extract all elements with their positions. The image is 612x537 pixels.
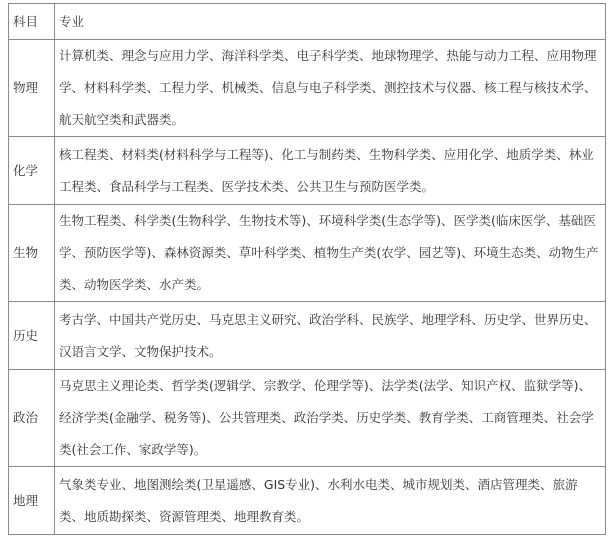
majors-cell: 马克思主义理论类、哲学类(逻辑学、宗教学、伦理学等)、法学类(法学、知识产权、监… bbox=[55, 370, 606, 467]
subject-cell: 政治 bbox=[9, 370, 55, 467]
majors-cell: 考古学、中国共产党历史、马克思主义研究、政治学科、民族学、地理学科、历史学、世界… bbox=[55, 302, 606, 370]
majors-cell: 计算机类、理念与应用力学、海洋科学类、电子科学类、地球物理学、热能与动力工程、应… bbox=[55, 40, 606, 137]
majors-cell: 气象类专业、地图测绘类(卫星遥感、GIS专业)、水利水电类、城市规划类、酒店管理… bbox=[55, 467, 606, 535]
subject-major-table: 科目 专业 物理 计算机类、理念与应用力学、海洋科学类、电子科学类、地球物理学、… bbox=[8, 3, 606, 535]
table-header-row: 科目 专业 bbox=[9, 4, 606, 40]
table-row: 历史 考古学、中国共产党历史、马克思主义研究、政治学科、民族学、地理学科、历史学… bbox=[9, 302, 606, 370]
majors-cell: 核工程类、材料类(材料科学与工程等)、化工与制药类、生物科学类、应用化学、地质学… bbox=[55, 137, 606, 205]
table-row: 生物 生物工程类、科学类(生物科学、生物技术等)、环境科学类(生态学等)、医学类… bbox=[9, 205, 606, 302]
subject-cell: 历史 bbox=[9, 302, 55, 370]
subject-cell: 地理 bbox=[9, 467, 55, 535]
header-subject: 科目 bbox=[9, 4, 55, 40]
subject-cell: 生物 bbox=[9, 205, 55, 302]
subject-cell: 物理 bbox=[9, 40, 55, 137]
subject-cell: 化学 bbox=[9, 137, 55, 205]
table-row: 政治 马克思主义理论类、哲学类(逻辑学、宗教学、伦理学等)、法学类(法学、知识产… bbox=[9, 370, 606, 467]
header-major: 专业 bbox=[55, 4, 606, 40]
majors-cell: 生物工程类、科学类(生物科学、生物技术等)、环境科学类(生态学等)、医学类(临床… bbox=[55, 205, 606, 302]
table-row: 物理 计算机类、理念与应用力学、海洋科学类、电子科学类、地球物理学、热能与动力工… bbox=[9, 40, 606, 137]
table-row: 化学 核工程类、材料类(材料科学与工程等)、化工与制药类、生物科学类、应用化学、… bbox=[9, 137, 606, 205]
table-row: 地理 气象类专业、地图测绘类(卫星遥感、GIS专业)、水利水电类、城市规划类、酒… bbox=[9, 467, 606, 535]
